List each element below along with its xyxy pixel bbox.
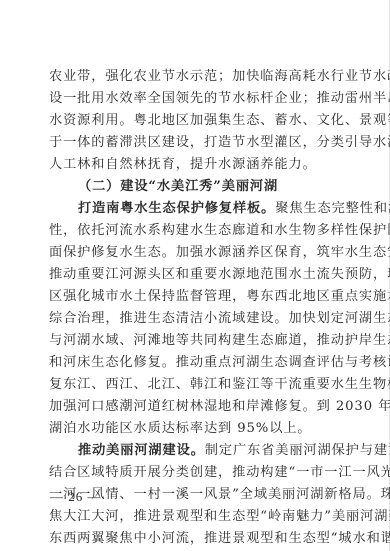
text-line: 与河湖水域、河滩地等共同构建生态廊道，推动护岸生态化改造	[49, 330, 345, 352]
paragraph-text: 制定广东省美丽河湖保护与建设清单，	[205, 443, 390, 458]
section-heading: （二）建设“水美江秀”美丽河湖	[49, 176, 345, 198]
text-line: 农业带，强化农业节水示范；加快临海高耗水行业节水改造，建	[49, 66, 345, 88]
document-page: 农业带，强化农业节水示范；加快临海高耗水行业节水改造，建 设一批用水效率全国领先…	[0, 0, 390, 551]
paragraph-first-line: 推动美丽河湖建设。制定广东省美丽河湖保护与建设清单，	[49, 440, 345, 462]
page-number: — 26 —	[50, 489, 102, 505]
text-line: 推动重要江河源头区和重要水源地范围水土流失预防，珠三角地	[49, 264, 345, 286]
text-line: 水资源利用。粤北地区加强集生态、蓄水、文化、景观等多功能	[49, 110, 345, 132]
text-line: 焦大江大河，推进景观型和生态型“岭南魅力”美丽河湖建设；	[49, 506, 345, 528]
text-line: 和河床生态化修复。推动重点河湖生态调查评估与考核评价，恢	[49, 352, 345, 374]
text-line: 结合区域特质开展分类创建，推动构建“一市一江一风光、一镇	[49, 462, 345, 484]
paragraph-lead: 打造南粤水生态保护修复样板。	[78, 201, 275, 216]
text-line: 综合治理，推进生态清洁小流域建设。加快划定河湖生态缓冲带，	[49, 308, 345, 330]
body-text: 农业带，强化农业节水示范；加快临海高耗水行业节水改造，建 设一批用水效率全国领先…	[49, 66, 345, 550]
text-line: 复东江、西江、北江、韩江和鉴江等干流重要水生生物栖息地，	[49, 374, 345, 396]
text-line: 东西两翼聚焦中小河流，推进景观型和生态型“城水和谐”美丽	[49, 528, 345, 550]
text-line: 面保护修复水生态。加强水源涵养区保育，筑牢水生态安全屏障，	[49, 242, 345, 264]
text-line: 加强河口感潮河道红树林湿地和岸滩修复。到 2030 年，重要江河	[49, 396, 345, 418]
paragraph-lead: 推动美丽河湖建设。	[78, 443, 205, 458]
text-line: 人工林和自然林抚育，提升水源涵养能力。	[49, 154, 345, 176]
text-line: 区强化城市水土保持监督管理，粤东西北地区重点实施水土流失	[49, 286, 345, 308]
text-line: 于一体的蓄滞洪区建设，打造节水型灌区，分类引导水源涵养区	[49, 132, 345, 154]
text-line: 设一批用水效率全国领先的节水标杆企业；推动雷州半岛非常规	[49, 88, 345, 110]
paragraph-text: 聚焦生态完整性和流域系统	[275, 201, 390, 216]
paragraph-first-line: 打造南粤水生态保护修复样板。聚焦生态完整性和流域系统	[49, 198, 345, 220]
text-line: 性，依托河流水系构建水生态廊道和水生物多样性保护网络，全	[49, 220, 345, 242]
text-line: 湖泊水功能区水质达标率达到 95%以上。	[49, 418, 345, 440]
